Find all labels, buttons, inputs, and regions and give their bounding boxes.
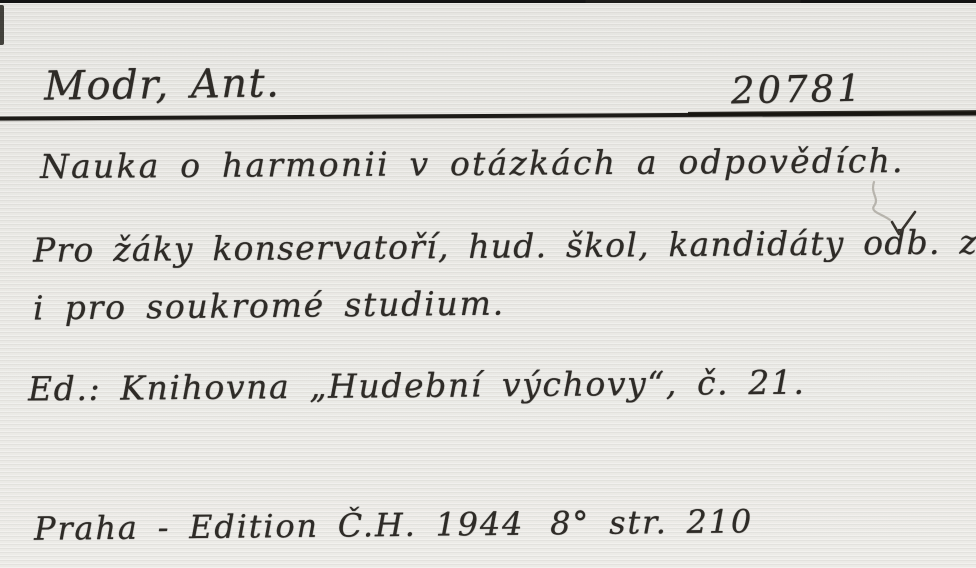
author-heading: Modr, Ant. <box>44 60 281 109</box>
audience-note-line-1: Pro žáky konservatoří, hud. škol, kandid… <box>33 221 976 269</box>
imprint-pages: str. 210 <box>609 502 753 542</box>
imprint-line: Praha - Edition Č.H. 19448° str. 210 <box>34 502 753 548</box>
title-line: Nauka o harmonii v otázkách a odpovědích… <box>40 141 905 186</box>
imprint-format: 8° <box>550 504 590 542</box>
imprint-place-publisher-year: Praha - Edition Č.H. 1944 <box>34 505 525 548</box>
scan-left-edge-mark <box>0 5 4 45</box>
scan-top-edge <box>0 0 976 3</box>
catalog-number: 20781 <box>731 67 865 113</box>
hacek-check-mark <box>888 210 918 238</box>
edition-series-note: Ed.: Knihovna „Hudební výchovy“, č. 21. <box>28 363 806 409</box>
audience-note-line-2: i pro soukromé studium. <box>33 284 505 328</box>
catalog-card-scan: Modr, Ant. 20781 Nauka o harmonii v otáz… <box>0 0 976 568</box>
